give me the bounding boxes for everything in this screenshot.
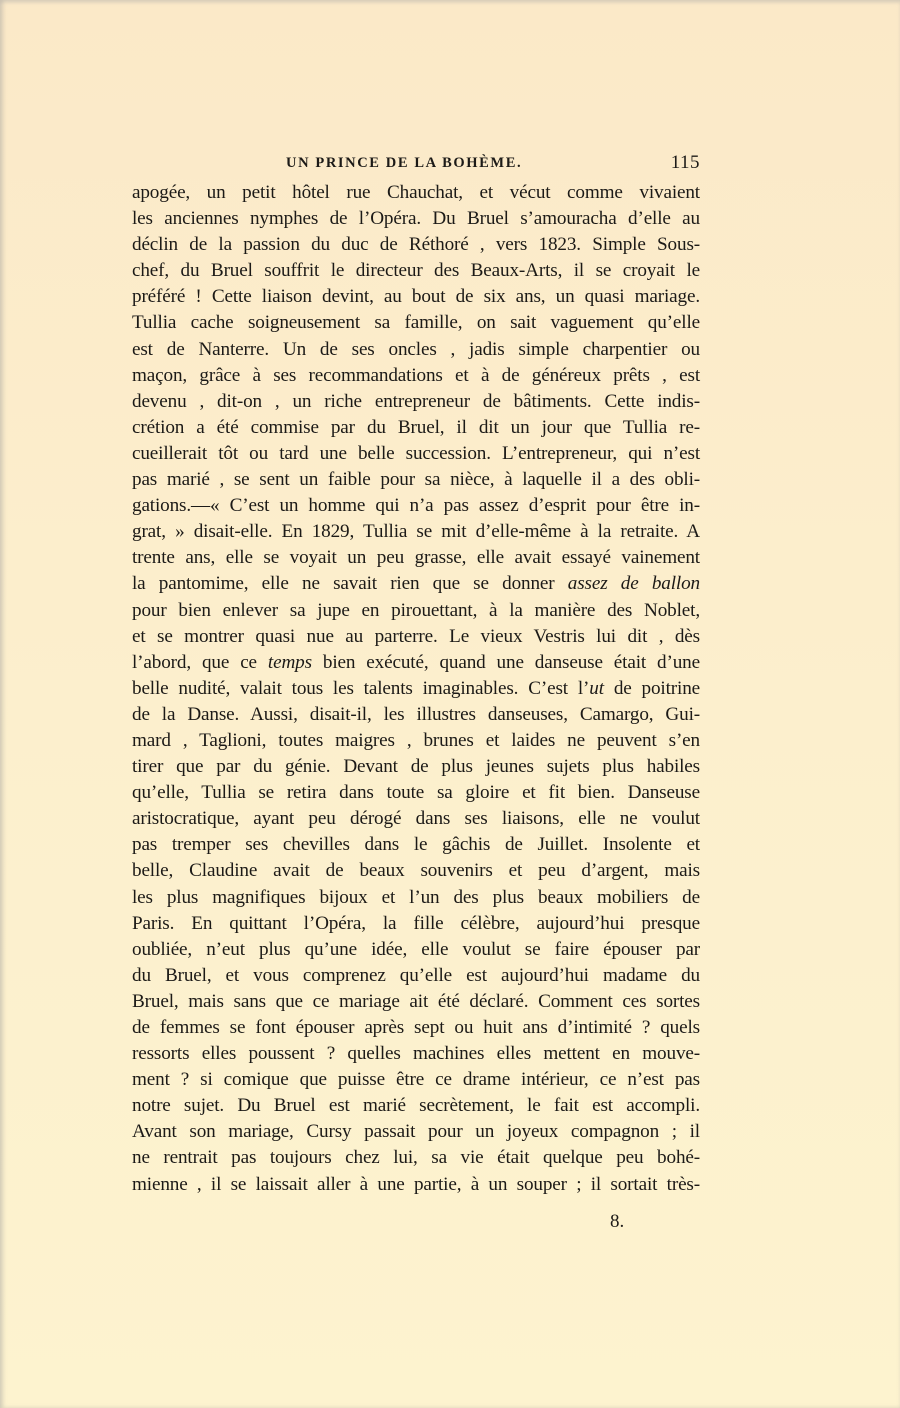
text-line: devenu , dit-on , un riche entrepreneur … (132, 389, 700, 415)
text-line: oubliée, n’eut plus qu’une idée, elle vo… (132, 937, 700, 963)
text-line: est de Nanterre. Un de ses oncles , jadi… (132, 337, 700, 363)
text-line: belle nudité, valait tous les talents im… (132, 676, 700, 702)
running-title: UN PRINCE DE LA BOHÈME. (286, 155, 522, 172)
text-line: crétion a été commise par du Bruel, il d… (132, 415, 700, 441)
line-text: Avant son mariage, Cursy passait pour un… (132, 1121, 700, 1142)
book-page: UN PRINCE DE LA BOHÈME. 115 apogée, un p… (0, 0, 900, 1408)
line-text: mienne , il se laissait aller à une part… (132, 1174, 700, 1195)
line-text: Paris. En quittant l’Opéra, la fille cél… (132, 913, 700, 934)
text-line: déclin de la passion du duc de Réthoré ,… (132, 232, 700, 258)
text-line: mienne , il se laissait aller à une part… (132, 1172, 700, 1198)
text-line: du Bruel, et vous comprenez qu’elle est … (132, 963, 700, 989)
line-text: de femmes se font épouser après sept ou … (132, 1017, 700, 1038)
line-text: ment ? si comique que puisse être ce dra… (132, 1069, 700, 1090)
line-text: chef, du Bruel souffrit le directeur des… (132, 260, 700, 281)
line-text: les anciennes nymphes de l’Opéra. Du Bru… (132, 208, 700, 229)
line-text: et se montrer quasi nue au parterre. Le … (132, 626, 700, 647)
text-line: l’abord, que ce temps bien exécuté, quan… (132, 650, 700, 676)
italic-phrase: assez de ballon (568, 573, 700, 594)
line-text: notre sujet. Du Bruel est marié secrètem… (132, 1095, 700, 1116)
text-line: ressorts elles poussent ? quelles machin… (132, 1041, 700, 1067)
text-line: Avant son mariage, Cursy passait pour un… (132, 1119, 700, 1145)
text-line: grat, » disait-elle. En 1829, Tullia se … (132, 519, 700, 545)
line-text: crétion a été commise par du Bruel, il d… (132, 417, 700, 438)
line-text: est de Nanterre. Un de ses oncles , jadi… (132, 339, 700, 360)
text-line: de femmes se font épouser après sept ou … (132, 1015, 700, 1041)
text-line: ment ? si comique que puisse être ce dra… (132, 1067, 700, 1093)
text-line: gations.—« C’est un homme qui n’a pas as… (132, 493, 700, 519)
line-text: déclin de la passion du duc de Réthoré ,… (132, 234, 700, 255)
text-line: trente ans, elle se voyait un peu grasse… (132, 545, 700, 571)
line-text: l’abord, que ce (132, 652, 268, 673)
text-line: la pantomime, elle ne savait rien que se… (132, 571, 700, 597)
text-line: mard , Taglioni, toutes maigres , brunes… (132, 728, 700, 754)
line-text: tirer que par du génie. Devant de plus j… (132, 756, 700, 777)
signature-mark: 8. (610, 1211, 624, 1233)
line-text: Bruel, mais sans que ce mariage ait été … (132, 991, 700, 1012)
line-text: les plus magnifiques bijoux et l’un des … (132, 887, 700, 908)
text-line: les plus magnifiques bijoux et l’un des … (132, 885, 700, 911)
line-text: du Bruel, et vous comprenez qu’elle est … (132, 965, 700, 986)
text-line: cueillerait tôt ou tard une belle succes… (132, 441, 700, 467)
line-text: préféré ! Cette liaison devint, au bout … (132, 286, 700, 307)
text-line: pas tremper ses chevilles dans le gâchis… (132, 832, 700, 858)
text-line: notre sujet. Du Bruel est marié secrètem… (132, 1093, 700, 1119)
body-text: apogée, un petit hôtel rue Chauchat, et … (132, 180, 700, 1198)
line-text: aristocratique, ayant peu dérogé dans se… (132, 808, 700, 829)
line-text: qu’elle, Tullia se retira dans toute sa … (132, 782, 700, 803)
line-text: apogée, un petit hôtel rue Chauchat, et … (132, 182, 700, 203)
line-text: maçon, grâce à ses recommandations et à … (132, 365, 700, 386)
line-text: pas marié , se sent un faible pour sa ni… (132, 469, 700, 490)
line-text: pour bien enlever sa jupe en pirouettant… (132, 600, 700, 621)
text-line: tirer que par du génie. Devant de plus j… (132, 754, 700, 780)
text-line: aristocratique, ayant peu dérogé dans se… (132, 806, 700, 832)
italic-phrase: temps (268, 652, 312, 673)
text-line: chef, du Bruel souffrit le directeur des… (132, 258, 700, 284)
italic-phrase: ut (589, 678, 604, 699)
text-line: Tullia cache soigneusement sa famille, o… (132, 310, 700, 336)
line-text: belle nudité, valait tous les talents im… (132, 678, 589, 699)
line-text: ne rentrait pas toujours chez lui, sa vi… (132, 1147, 700, 1168)
line-text: belle, Claudine avait de beaux souvenirs… (132, 860, 700, 881)
text-line: apogée, un petit hôtel rue Chauchat, et … (132, 180, 700, 206)
line-text: oubliée, n’eut plus qu’une idée, elle vo… (132, 939, 700, 960)
line-text: grat, » disait-elle. En 1829, Tullia se … (132, 521, 700, 542)
text-line: qu’elle, Tullia se retira dans toute sa … (132, 780, 700, 806)
line-text: gations.—« C’est un homme qui n’a pas as… (132, 495, 700, 516)
text-line: préféré ! Cette liaison devint, au bout … (132, 284, 700, 310)
page-number: 115 (671, 152, 700, 174)
line-text: pas tremper ses chevilles dans le gâchis… (132, 834, 700, 855)
text-line: maçon, grâce à ses recommandations et à … (132, 363, 700, 389)
line-text: devenu , dit-on , un riche entrepreneur … (132, 391, 700, 412)
running-head: UN PRINCE DE LA BOHÈME. 115 (132, 152, 700, 178)
text-line: Bruel, mais sans que ce mariage ait été … (132, 989, 700, 1015)
line-text: de la Danse. Aussi, disait-il, les illus… (132, 704, 700, 725)
line-text: cueillerait tôt ou tard une belle succes… (132, 443, 700, 464)
line-text: mard , Taglioni, toutes maigres , brunes… (132, 730, 700, 751)
line-text: la pantomime, elle ne savait rien que se… (132, 573, 568, 594)
text-line: belle, Claudine avait de beaux souvenirs… (132, 858, 700, 884)
text-line: ne rentrait pas toujours chez lui, sa vi… (132, 1145, 700, 1171)
text-line: de la Danse. Aussi, disait-il, les illus… (132, 702, 700, 728)
line-text: trente ans, elle se voyait un peu grasse… (132, 547, 700, 568)
line-text: de poitrine (604, 678, 700, 699)
line-text: bien exécuté, quand une danseuse était d… (312, 652, 700, 673)
text-line: pour bien enlever sa jupe en pirouettant… (132, 598, 700, 624)
line-text: Tullia cache soigneusement sa famille, o… (132, 312, 700, 333)
text-line: les anciennes nymphes de l’Opéra. Du Bru… (132, 206, 700, 232)
text-line: et se montrer quasi nue au parterre. Le … (132, 624, 700, 650)
line-text: ressorts elles poussent ? quelles machin… (132, 1043, 700, 1064)
text-line: pas marié , se sent un faible pour sa ni… (132, 467, 700, 493)
text-line: Paris. En quittant l’Opéra, la fille cél… (132, 911, 700, 937)
